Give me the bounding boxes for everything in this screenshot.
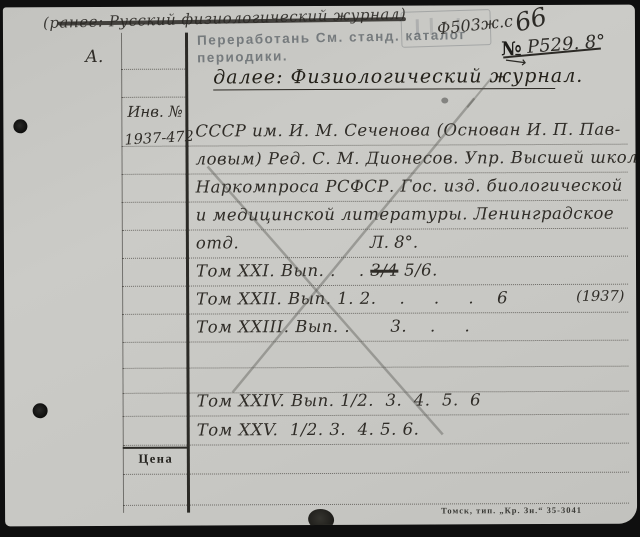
ruled-line [122,256,628,259]
ruled-line [123,443,629,446]
ruled-line [122,172,628,175]
processing-stamp-note-line2: периодики. [197,48,288,65]
ruled-line [121,144,627,147]
punch-hole-top [13,119,27,133]
ink-blot [307,507,336,526]
volume-line-23: Том XXIII. Вып. . 3. . . [196,316,470,336]
price-label: Цена [123,452,189,467]
inventory-label: Инв. № [127,103,183,121]
body-line-5-left: отд. [196,233,239,252]
ruled-line [122,312,628,315]
ink-dot [441,97,448,103]
punch-hole-bottom [33,403,48,418]
volume-line-22: Том XXII. Вып. 1. 2. . . . 6 [196,288,508,308]
body-line-1: СССР им. И. М. Сеченова (Основан И. П. П… [195,120,621,141]
body-line-2: ловым) Ред. С. М. Дионесов. Упр. Высшей … [195,148,637,169]
ruled-line [122,200,628,203]
body-line-4: и медицинской литературы. Ленинградское [196,204,614,225]
volume-line-24: Том XXIV. Вып. 1/2. 3. 4. 5. 6 [197,390,482,410]
column-line-left [121,33,124,513]
body-line-3: Наркомпроса РСФСР. Гос. изд. биологическ… [196,176,623,197]
format-note: Л. 8°. [370,233,418,252]
year-note: (1937) [576,289,624,305]
ruled-line [122,228,628,231]
vol21-struck-issues: 3/4 [370,261,398,280]
shelfmark-number: 66 [512,5,550,38]
vol21-post: 5/6. [398,260,438,279]
imprint: Томск, тип. „Кр. Зн.“ 35-3041 [441,505,582,516]
price-separator [123,447,189,449]
ruled-line [123,472,629,475]
ruled-line [121,69,185,70]
volume-line-21: Том XXI. Вып. . . 3/4 5/6. [196,260,438,280]
vol21-pre: Том XXI. Вып. . . [196,261,370,281]
ruled-line [121,97,185,98]
column-line-right [185,33,190,513]
margin-letter: А. [85,47,103,67]
catalog-card: (ранее: Русский физиологический журнал) … [3,5,637,527]
ruled-line [123,414,629,417]
scan-background: (ранее: Русский физиологический журнал) … [0,0,640,537]
redirect-note: далее: Физиологический журнал. [213,65,555,90]
ruled-line [122,366,628,369]
ruled-line [122,340,628,343]
ruled-line [122,284,628,287]
volume-line-25: Том XXV. 1/2. 3. 4. 5. 6. [197,420,420,440]
